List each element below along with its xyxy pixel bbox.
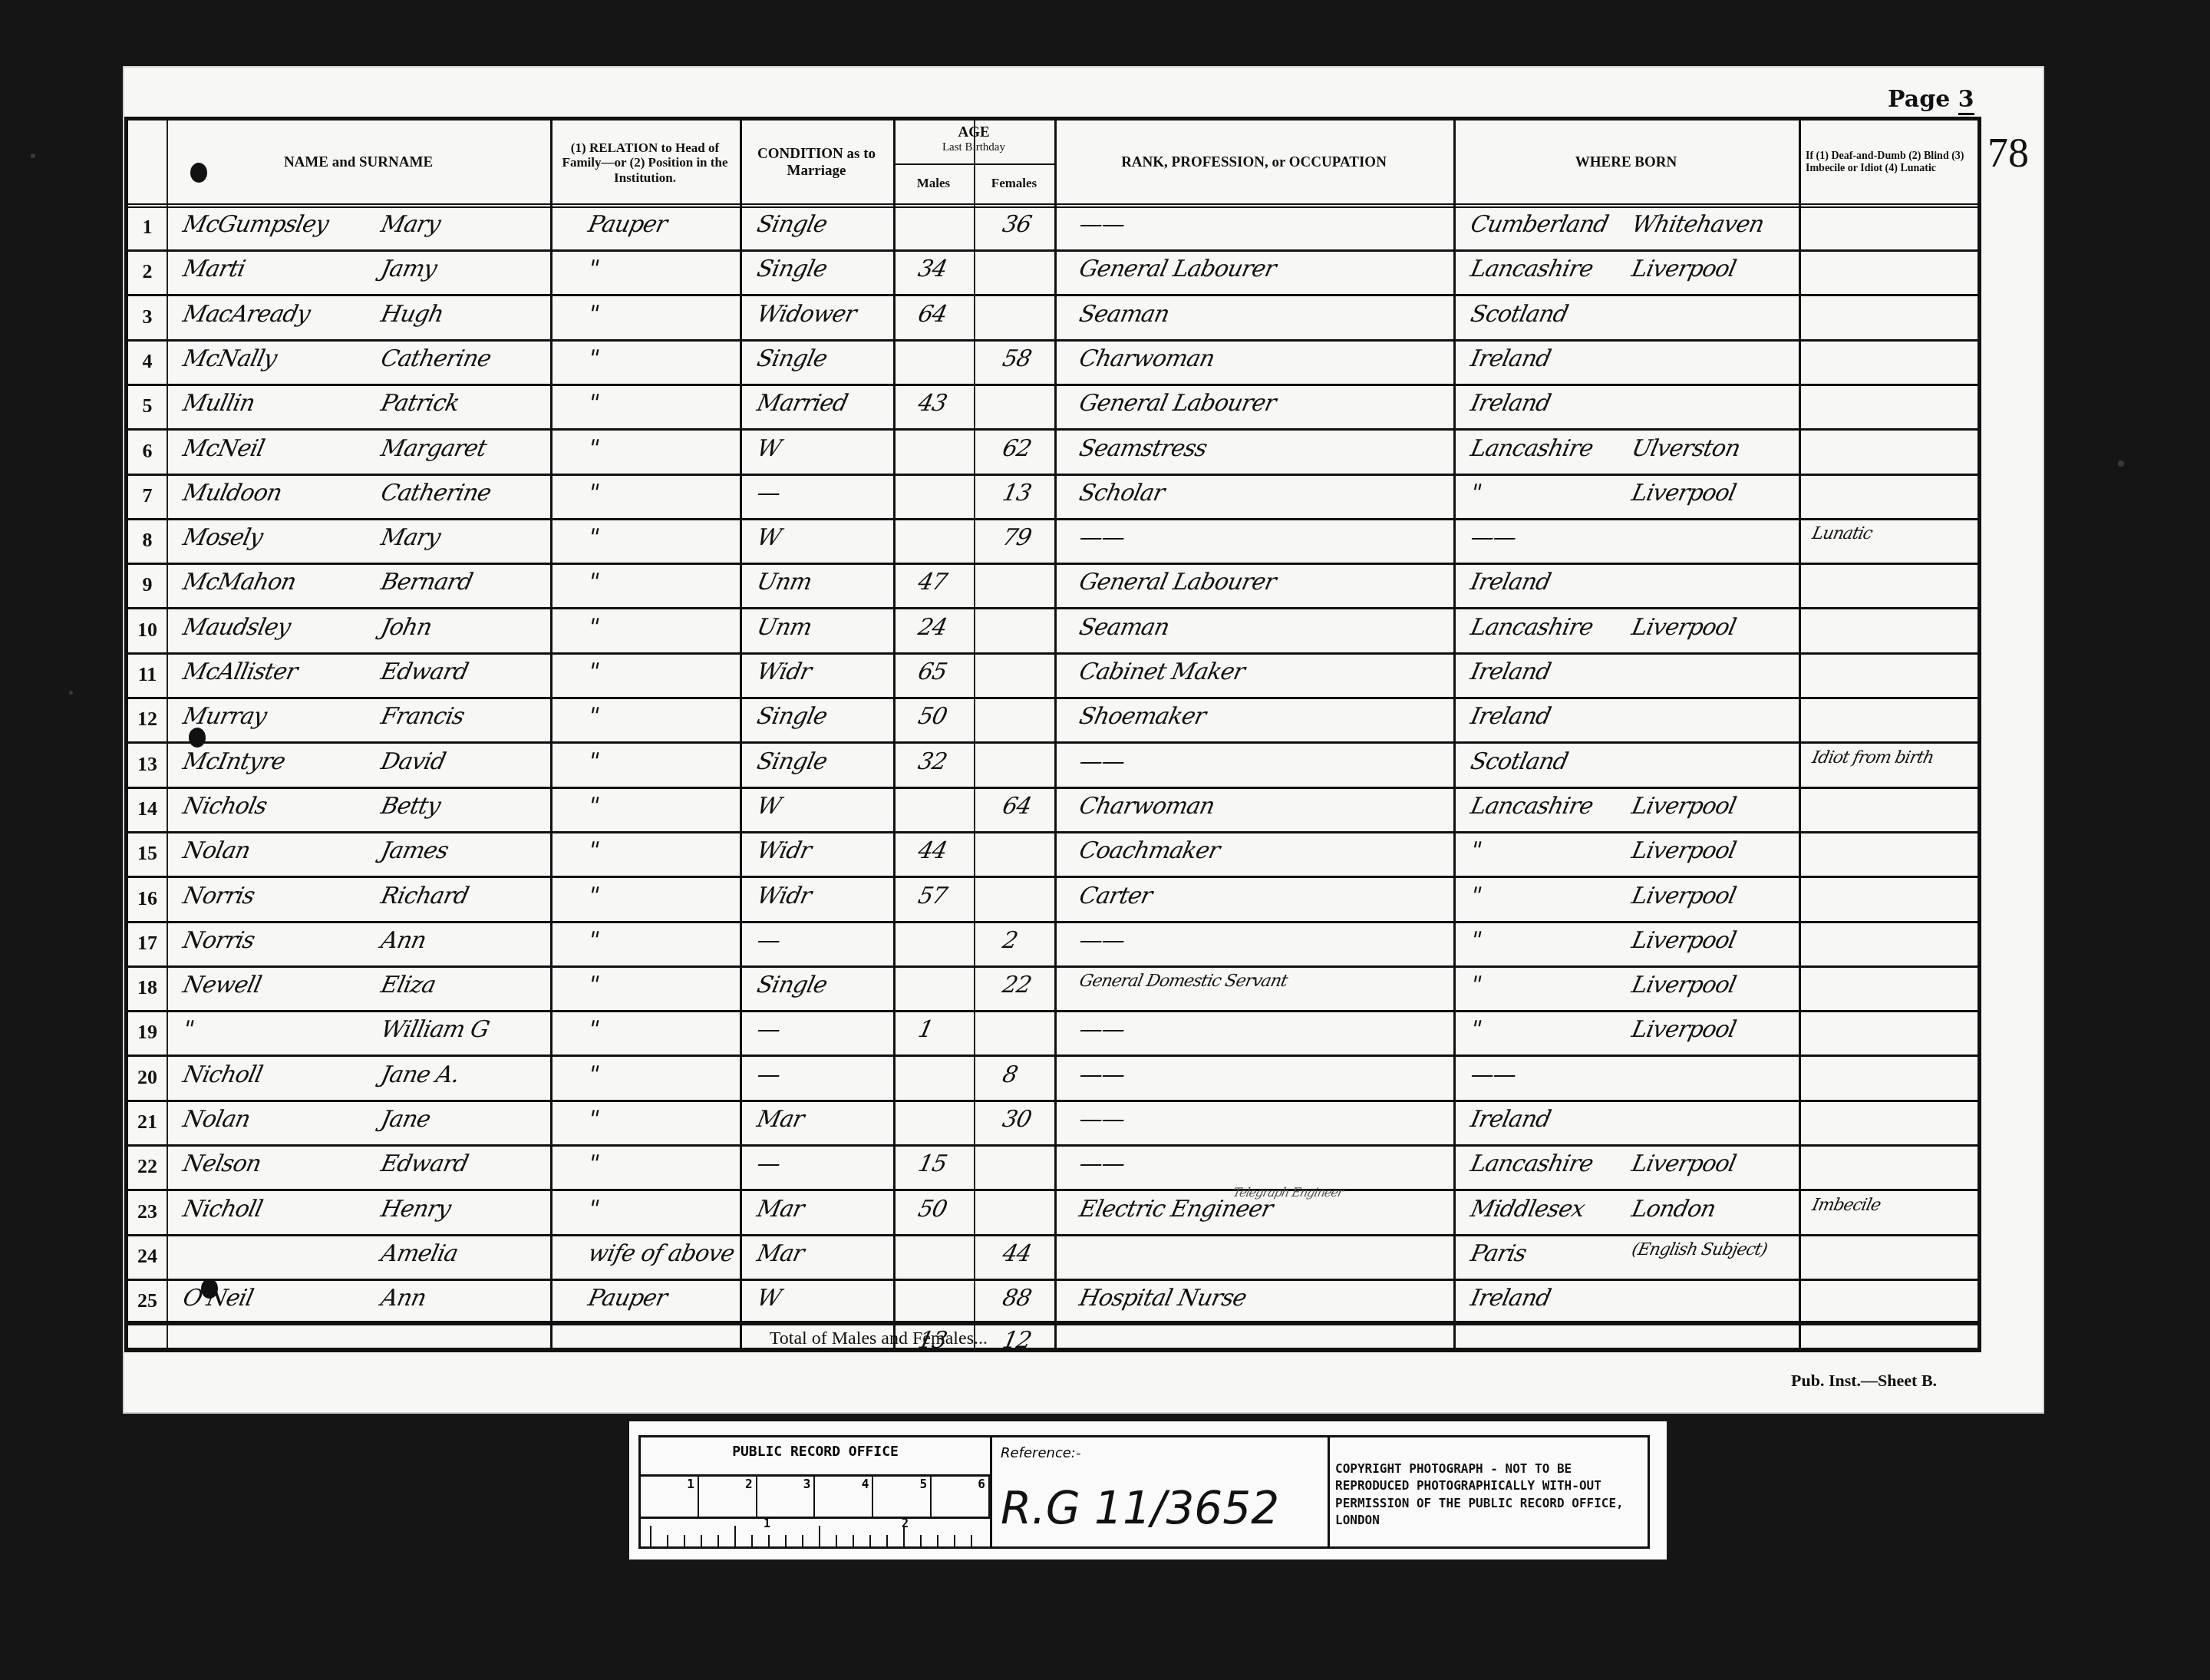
relation: wife of above (585, 1240, 737, 1267)
occupation: —— (1077, 927, 1126, 954)
male-age: 24 (915, 614, 949, 641)
table-row: 21NolanJane"Mar30——Ireland (128, 1100, 1977, 1147)
birthplace-town: Liverpool (1629, 883, 1738, 909)
forename: John (378, 614, 434, 641)
forename: Hugh (378, 301, 445, 328)
marital-condition: Single (754, 345, 829, 372)
row-number: 14 (128, 797, 167, 820)
table-row: 2MartiJamy"Single34General LabourerLanca… (128, 249, 1977, 296)
marital-condition: Single (754, 256, 829, 282)
female-age: 79 (1000, 524, 1034, 551)
row-number: 25 (128, 1289, 167, 1312)
relation: " (585, 480, 601, 507)
forename: Bernard (378, 569, 474, 596)
forename: Jane (378, 1106, 432, 1133)
female-age: 62 (1000, 435, 1034, 462)
female-age: 22 (1000, 972, 1034, 998)
occupation: Scholar (1077, 480, 1166, 507)
relation: " (585, 1106, 601, 1133)
table-row: 1McGumpsleyMaryPauperSingle36——Cumberlan… (128, 205, 1977, 252)
marital-condition: Widr (754, 658, 813, 685)
marital-condition: Single (754, 972, 829, 998)
forename: Catherine (378, 480, 493, 507)
birthplace-county: Ireland (1468, 658, 1552, 685)
occupation: Charwoman (1077, 345, 1216, 372)
surname: Mullin (180, 390, 257, 417)
marital-condition: Widower (754, 301, 858, 328)
table-row: 6McNeilMargaret"W62SeamstressLancashireU… (128, 429, 1977, 476)
surname: McMahon (180, 569, 298, 596)
birthplace-county: Lancashire (1468, 256, 1595, 282)
marital-condition: Mar (754, 1196, 806, 1223)
surname: Norris (180, 883, 256, 909)
birthplace-town: Liverpool (1629, 256, 1738, 282)
table-row: 17NorrisAnn"—2——"Liverpool (128, 921, 1977, 968)
forename: Eliza (378, 972, 437, 998)
relation: " (585, 1016, 601, 1043)
scale-ruler-bottom: 1 2 (641, 1517, 990, 1549)
birthplace-county: " (1468, 1016, 1483, 1043)
marital-condition: Single (754, 703, 829, 730)
film-speck (69, 691, 73, 695)
forename: William G (378, 1016, 491, 1043)
table-row: 18NewellEliza"Single22General Domestic S… (128, 965, 1977, 1012)
table-row: 11McAllisterEdward"Widr65Cabinet MakerIr… (128, 652, 1977, 699)
surname: Norris (180, 927, 256, 954)
birthplace-town: Liverpool (1629, 614, 1738, 641)
table-row: 8MoselyMary"W79————Lunatic (128, 518, 1977, 565)
forename: Edward (378, 658, 470, 685)
male-age: 15 (915, 1150, 949, 1177)
row-number: 11 (128, 663, 167, 686)
birthplace-town: Liverpool (1629, 837, 1738, 864)
marital-condition: — (754, 1061, 782, 1088)
occupation: General Labourer (1077, 390, 1278, 417)
row-number: 12 (128, 708, 167, 731)
row-number: 3 (128, 305, 167, 328)
row-number: 7 (128, 484, 167, 507)
film-speck (31, 153, 35, 158)
marital-condition: W (754, 524, 783, 551)
occupation: —— (1077, 524, 1126, 551)
occupation: —— (1077, 1106, 1126, 1133)
surname: McGumpsley (180, 211, 331, 238)
row-number: 24 (128, 1245, 167, 1268)
birthplace-county: Lancashire (1468, 793, 1595, 820)
row-number: 5 (128, 394, 167, 418)
surname: MacAready (180, 301, 312, 328)
birthplace-county: Ireland (1468, 569, 1552, 596)
marital-condition: Mar (754, 1240, 806, 1267)
relation: " (585, 972, 601, 998)
table-row: 23NichollHenry"Mar50Electric EngineerTel… (128, 1190, 1977, 1236)
female-age: 8 (1000, 1061, 1020, 1088)
birthplace-county: Ireland (1468, 703, 1552, 730)
row-number: 16 (128, 887, 167, 910)
infirmity: Lunatic (1810, 524, 1874, 543)
row-number: 20 (128, 1066, 167, 1089)
occupation: Shoemaker (1077, 703, 1208, 730)
row-number: 21 (128, 1111, 167, 1134)
row-number: 15 (128, 842, 167, 865)
surname: Nelson (180, 1150, 263, 1177)
relation: " (585, 301, 601, 328)
female-age: 2 (1000, 927, 1020, 954)
col-header-females: Females (974, 165, 1054, 202)
table-row: 14NicholsBetty"W64CharwomanLancashireLiv… (128, 787, 1977, 833)
total-females: 12 (1000, 1327, 1034, 1354)
table-row: 20NichollJane A."—8———— (128, 1055, 1977, 1102)
totals-row: Total of Males and Females... 13 12 (128, 1324, 1977, 1356)
marital-condition: Unm (754, 614, 814, 641)
forename: Catherine (378, 345, 493, 372)
row-number: 17 (128, 932, 167, 955)
forename: Francis (378, 703, 467, 730)
surname: Marti (180, 256, 247, 282)
col-header-where-born: WHERE BORN (1453, 120, 1799, 205)
table-row: 10MaudsleyJohn"Unm24SeamanLancashireLive… (128, 608, 1977, 655)
row-number: 4 (128, 350, 167, 373)
surname: " (180, 1016, 196, 1043)
row-number: 22 (128, 1155, 167, 1178)
occupation: General Domestic Servant (1077, 972, 1288, 991)
scale-ruler-top: 123456 (641, 1474, 990, 1519)
reference-label: Reference:- (1001, 1445, 1080, 1461)
col-header-infirmity: If (1) Deaf-and-Dumb (2) Blind (3) Imbec… (1801, 120, 1986, 205)
row-number: 23 (128, 1200, 167, 1223)
birthplace-county: Ireland (1468, 390, 1552, 417)
birthplace-town: Whitehaven (1629, 211, 1766, 238)
page-number: Page 3 (1888, 86, 1974, 113)
col-header-age: AGE Last Birthday (893, 120, 1054, 159)
relation: " (585, 435, 601, 462)
marital-condition: Single (754, 748, 829, 775)
forename: Edward (378, 1150, 470, 1177)
table-row: 25O'NeilAnnPauperW88Hospital NurseIrelan… (128, 1279, 1977, 1325)
marital-condition: — (754, 1150, 782, 1177)
forename: Patrick (378, 390, 461, 417)
form-reference: Pub. Inst.—Sheet B. (1791, 1371, 1937, 1391)
col-header-males: Males (893, 165, 974, 202)
row-number: 19 (128, 1021, 167, 1044)
totals-label: Total of Males and Females... (770, 1328, 988, 1349)
relation: " (585, 569, 601, 596)
birthplace-county: " (1468, 480, 1483, 507)
forename: Betty (378, 793, 442, 820)
male-age: 64 (915, 301, 949, 328)
surname: Nicholl (180, 1196, 265, 1223)
surname: McNeil (180, 435, 266, 462)
birthplace-county: " (1468, 837, 1483, 864)
copyright-notice: COPYRIGHT PHOTOGRAPH - NOT TO BE REPRODU… (1335, 1461, 1642, 1530)
male-age: 47 (915, 569, 949, 596)
relation: " (585, 1196, 601, 1223)
table-row: 7MuldoonCatherine"—13Scholar"Liverpool (128, 474, 1977, 520)
reference-number: R.G 11/3652 (1001, 1482, 1279, 1534)
marital-condition: Widr (754, 883, 813, 909)
birthplace-county: Lancashire (1468, 614, 1595, 641)
surname: Maudsley (180, 614, 292, 641)
table-row: 9McMahonBernard"Unm47General LabourerIre… (128, 563, 1977, 609)
relation: " (585, 927, 601, 954)
birthplace-county: Ireland (1468, 1106, 1552, 1133)
punch-mark (201, 1279, 218, 1299)
female-age: 88 (1000, 1285, 1034, 1312)
relation: " (585, 1061, 601, 1088)
occupation: Seaman (1077, 614, 1171, 641)
relation: " (585, 614, 601, 641)
female-age: 36 (1000, 211, 1034, 238)
occupation: —— (1077, 1016, 1126, 1043)
male-age: 44 (915, 837, 949, 864)
row-number: 2 (128, 260, 167, 283)
occupation: Carter (1077, 883, 1154, 909)
birthplace-county: " (1468, 972, 1483, 998)
birthplace-town: Liverpool (1629, 1016, 1738, 1043)
col-header-relation: (1) RELATION to Head of Family—or (2) Po… (550, 120, 740, 205)
surname: O'Neil (180, 1285, 255, 1312)
occupation: Cabinet Maker (1077, 658, 1247, 685)
marital-condition: Widr (754, 837, 813, 864)
male-age: 50 (915, 1196, 949, 1223)
forename: Jane A. (378, 1061, 461, 1088)
birthplace-town: Liverpool (1629, 1150, 1738, 1177)
male-age: 50 (915, 703, 949, 730)
birthplace-county: Cumberland (1468, 211, 1610, 238)
row-number: 1 (128, 216, 167, 239)
marital-condition: W (754, 435, 783, 462)
female-age: 13 (1000, 480, 1034, 507)
occupation: —— (1077, 1150, 1126, 1177)
row-number: 18 (128, 976, 167, 999)
marital-condition: — (754, 927, 782, 954)
surname: McIntyre (180, 748, 287, 775)
row-number: 6 (128, 440, 167, 463)
marital-condition: Married (754, 390, 849, 417)
forename: Mary (378, 211, 442, 238)
infirmity: Imbecile (1810, 1196, 1882, 1215)
film-speck (2118, 460, 2124, 467)
marital-condition: W (754, 793, 783, 820)
birthplace-town: Ulverston (1629, 435, 1742, 462)
female-age: 44 (1000, 1240, 1034, 1267)
row-number: 13 (128, 753, 167, 776)
male-age: 1 (915, 1016, 935, 1043)
occupation: General Labourer (1077, 569, 1278, 596)
relation: " (585, 345, 601, 372)
relation: " (585, 256, 601, 282)
surname: McAllister (180, 658, 299, 685)
forename: Jamy (378, 256, 439, 282)
relation: " (585, 793, 601, 820)
relation: Pauper (585, 211, 669, 238)
birthplace-county: Ireland (1468, 345, 1552, 372)
relation: " (585, 1150, 601, 1177)
birthplace-county: Lancashire (1468, 435, 1595, 462)
table-row: 13McIntyreDavid"Single32——ScotlandIdiot … (128, 742, 1977, 789)
table-row: 12MurrayFrancis"Single50ShoemakerIreland (128, 697, 1977, 744)
forename: Richard (378, 883, 470, 909)
relation: " (585, 703, 601, 730)
table-row: 24Ameliawife of aboveMar44Paris(English … (128, 1234, 1977, 1281)
relation: Pauper (585, 1285, 669, 1312)
occupation: Coachmaker (1077, 837, 1222, 864)
forename: Mary (378, 524, 442, 551)
table-row: 16NorrisRichard"Widr57Carter"Liverpool (128, 876, 1977, 923)
occupation: —— (1077, 211, 1126, 238)
forename: Margaret (378, 435, 489, 462)
birthplace-county: Middlesex (1468, 1196, 1587, 1223)
male-age: 57 (915, 883, 949, 909)
forename: David (378, 748, 447, 775)
birthplace-town: Liverpool (1629, 480, 1738, 507)
row-number: 9 (128, 573, 167, 596)
marital-condition: Single (754, 211, 829, 238)
birthplace-county: —— (1468, 1061, 1518, 1088)
row-number: 10 (128, 619, 167, 642)
occupation: Seamstress (1077, 435, 1209, 462)
birthplace-county: —— (1468, 524, 1518, 551)
occupation: Seaman (1077, 301, 1171, 328)
female-age: 64 (1000, 793, 1034, 820)
table-row: 5MullinPatrick"Married43General Labourer… (128, 384, 1977, 431)
surname: Nicholl (180, 1061, 265, 1088)
total-males: 13 (915, 1327, 949, 1354)
folio-number: 78 (1987, 129, 2029, 177)
male-age: 43 (915, 390, 949, 417)
surname: McNally (180, 345, 279, 372)
birthplace-county: Lancashire (1468, 1150, 1595, 1177)
forename: James (378, 837, 450, 864)
archive-label: PUBLIC RECORD OFFICE 123456 1 2 Referenc… (629, 1421, 1667, 1560)
col-header-name: NAME and SURNAME (167, 120, 550, 205)
male-age: 34 (915, 256, 949, 282)
surname: Newell (180, 972, 263, 998)
table-row: 15NolanJames"Widr44Coachmaker"Liverpool (128, 831, 1977, 878)
surname: Mosely (180, 524, 265, 551)
col-header-condition: CONDITION as to Marriage (740, 120, 893, 205)
relation: " (585, 883, 601, 909)
table-row: 22NelsonEdward"—15——LancashireLiverpool (128, 1144, 1977, 1191)
table-row: 4McNallyCatherine"Single58CharwomanIrela… (128, 339, 1977, 386)
relation: " (585, 658, 601, 685)
col-header-occupation: RANK, PROFESSION, or OCCUPATION (1054, 120, 1453, 205)
surname: Nichols (180, 793, 269, 820)
table-row: 3MacAreadyHugh"Widower64SeamanScotland (128, 295, 1977, 342)
marital-condition: — (754, 1016, 782, 1043)
birthplace-county: " (1468, 927, 1483, 954)
relation: " (585, 748, 601, 775)
relation: " (585, 524, 601, 551)
census-table: NAME and SURNAME (1) RELATION to Head of… (124, 117, 1981, 1352)
birthplace-town: Liverpool (1629, 793, 1738, 820)
female-age: 30 (1000, 1106, 1034, 1133)
forename: Ann (378, 1285, 428, 1312)
surname: Nolan (180, 1106, 252, 1133)
birthplace-town: Liverpool (1629, 972, 1738, 998)
occupation: —— (1077, 1061, 1126, 1088)
marital-condition: Unm (754, 569, 814, 596)
birthplace-county: Scotland (1468, 748, 1570, 775)
birthplace-town: (English Subject) (1630, 1240, 1769, 1259)
office-name: PUBLIC RECORD OFFICE (641, 1444, 990, 1460)
surname: Muldoon (180, 480, 284, 507)
birthplace-town: London (1629, 1196, 1717, 1223)
punch-mark (190, 163, 207, 183)
marital-condition: W (754, 1285, 783, 1312)
forename: Amelia (378, 1240, 460, 1267)
marital-condition: Mar (754, 1106, 806, 1133)
occupation-note: Telegraph Engineer (1232, 1185, 1344, 1200)
birthplace-county: Scotland (1468, 301, 1570, 328)
male-age: 32 (915, 748, 949, 775)
table-row: 19"William G"—1——"Liverpool (128, 1010, 1977, 1057)
occupation: Hospital Nurse (1077, 1285, 1248, 1312)
occupation: —— (1077, 748, 1126, 775)
punch-mark (189, 728, 206, 748)
surname: Murray (180, 703, 269, 730)
infirmity: Idiot from birth (1810, 748, 1935, 767)
birthplace-county: " (1468, 883, 1483, 909)
occupation: Charwoman (1077, 793, 1216, 820)
birthplace-town: Liverpool (1629, 927, 1738, 954)
birthplace-county: Ireland (1468, 1285, 1552, 1312)
surname: Nolan (180, 837, 252, 864)
marital-condition: — (754, 480, 782, 507)
forename: Ann (378, 927, 428, 954)
relation: " (585, 837, 601, 864)
female-age: 58 (1000, 345, 1034, 372)
occupation: General Labourer (1077, 256, 1278, 282)
forename: Henry (378, 1196, 453, 1223)
birthplace-county: Paris (1468, 1240, 1529, 1267)
relation: " (585, 390, 601, 417)
male-age: 65 (915, 658, 949, 685)
row-number: 8 (128, 529, 167, 552)
